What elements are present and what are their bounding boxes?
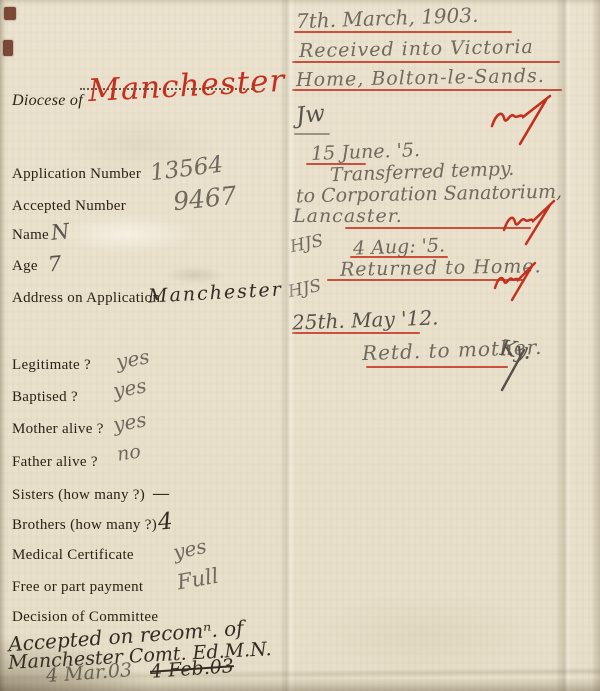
scanned-form-page: Diocese of Manchester Application Number… [0, 0, 600, 691]
red-signature-icon [498, 196, 560, 248]
entry1-line2: Home, Bolton-le-Sands. [296, 65, 545, 91]
diocese-label: Diocese of [12, 92, 83, 110]
paper-left-edge [0, 0, 6, 691]
field-value-brothers: 4 [157, 508, 174, 535]
field-value-sisters: — [152, 483, 170, 504]
paper-right-edge [591, 0, 600, 691]
field-label-brothers: Brothers (how many ?) [12, 517, 157, 534]
field-value-payment: Full [175, 564, 220, 595]
field-value-address: Manchester [148, 278, 284, 307]
field-value-mother-alive: yes [111, 407, 148, 436]
right-fold-crease [555, 0, 573, 691]
red-underline [292, 332, 420, 334]
red-signature-icon [490, 258, 540, 304]
field-label-father-alive: Father alive ? [12, 454, 98, 471]
bottom-left-corner-shadow [0, 636, 150, 691]
field-label-application-number: Application Number [12, 166, 141, 183]
diocese-value-handwriting: Manchester [87, 63, 286, 109]
pencil-underline [294, 133, 330, 135]
field-value-application-number: 13564 [149, 152, 225, 187]
entry4-date: 25th. May '12. [292, 305, 439, 334]
field-value-baptised: yes [111, 373, 148, 402]
field-label-mother-alive: Mother alive ? [12, 421, 104, 438]
field-label-medical-certificate: Medical Certificate [12, 547, 134, 564]
entry2-line3: Lancaster. [293, 205, 403, 227]
field-label-baptised: Baptised ? [12, 389, 78, 406]
red-underline [366, 366, 508, 368]
field-value-father-alive: no [116, 440, 143, 465]
red-signature-icon [484, 90, 558, 148]
entry1-date: 7th. March, 1903. [296, 3, 479, 33]
field-label-age: Age [12, 258, 38, 275]
binding-mark [4, 7, 16, 20]
red-underline [294, 31, 512, 33]
field-label-address: Address on Application [12, 290, 160, 307]
field-label-legitimate: Legitimate ? [12, 357, 91, 374]
field-label-payment: Free or part payment [12, 579, 143, 596]
binding-mark [3, 40, 13, 56]
field-value-legitimate: yes [114, 344, 151, 373]
red-underline [292, 61, 560, 63]
paper-top-edge [0, 0, 600, 5]
field-label-name: Name [12, 227, 49, 244]
field-value-accepted-number: 9467 [172, 181, 238, 216]
center-fold-crease [280, 0, 296, 691]
field-label-accepted-number: Accepted Number [12, 198, 126, 215]
entry1-clerk-initials: Jw [295, 101, 326, 130]
name-redaction-patch [62, 216, 192, 252]
entry1-line1: Received into Victoria [299, 36, 534, 62]
field-value-medical-certificate: yes [171, 534, 209, 564]
paper-stain [310, 590, 540, 680]
dark-signature-flourish-icon [494, 348, 530, 392]
field-label-sisters: Sisters (how many ?) [12, 487, 145, 504]
field-value-age: 7 [47, 251, 62, 276]
